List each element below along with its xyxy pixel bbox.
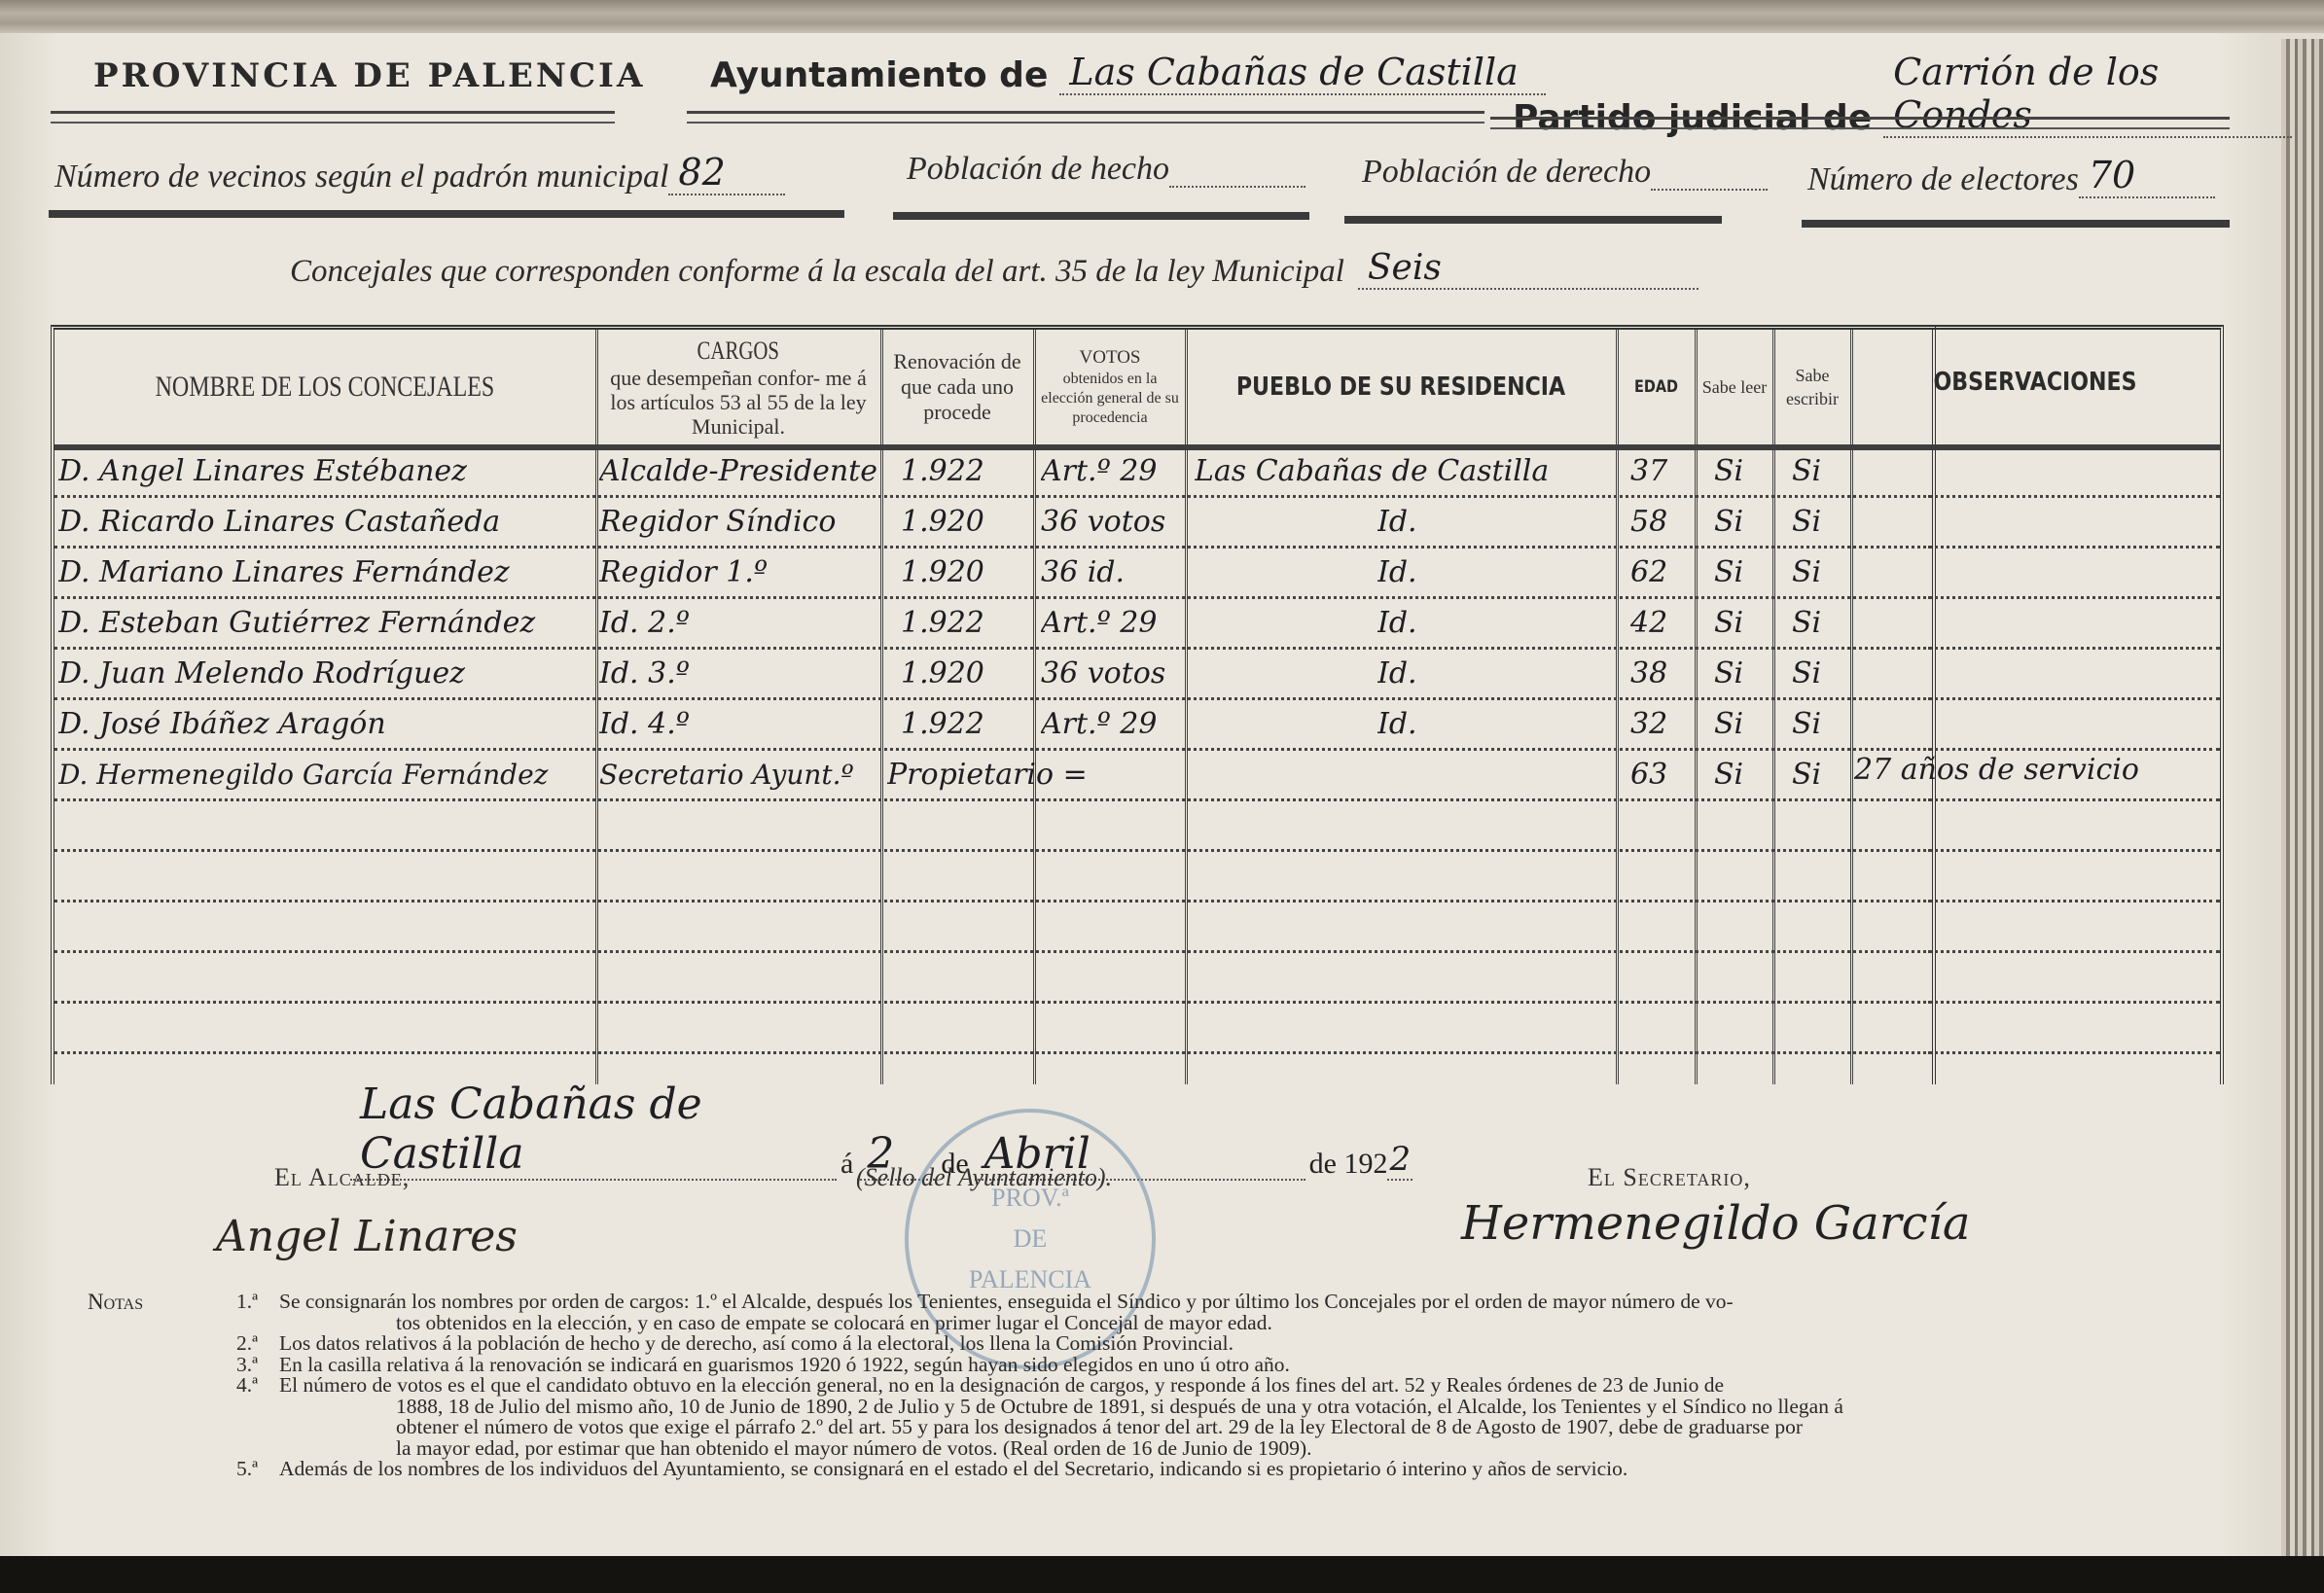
poblacion-derecho-field: Población de derecho	[1362, 154, 1768, 191]
cell-edad: 37	[1630, 446, 1693, 497]
note-text: El número de votos es el que el candidat…	[279, 1375, 2228, 1397]
header-cargos-title: CARGOS	[697, 336, 779, 366]
cell-renovacion: 1.922	[901, 699, 1031, 750]
note-text: Se consignarán los nombres por orden de …	[279, 1292, 2228, 1313]
poblacion-hecho-value	[1169, 186, 1305, 188]
note-number: 4.ª	[204, 1375, 279, 1397]
row-line	[1928, 546, 2220, 549]
secretario-signature: Hermenegildo García	[1461, 1196, 1971, 1251]
row-line	[54, 950, 1932, 953]
cell-leer: Si	[1714, 649, 1769, 699]
cell-pueblo: Id.	[1377, 699, 1611, 750]
header-escribir: Sabe escribir	[1775, 330, 1849, 444]
cell-edad: 42	[1630, 598, 1693, 649]
note-item: 3.ª En la casilla relativa á la renovaci…	[88, 1355, 2228, 1376]
cell-observaciones: 27 años de servicio	[1854, 745, 2214, 796]
cell-leer: Si	[1714, 750, 1769, 800]
row-line	[1928, 1001, 2220, 1004]
cell-observaciones	[1864, 598, 1928, 649]
row-line	[54, 1051, 1932, 1054]
cell-observaciones	[1864, 446, 1928, 497]
note-text: Además de los nombres de los individuos …	[279, 1459, 2228, 1480]
header-pueblo: PUEBLO DE SU RESIDENCIA	[1189, 330, 1613, 444]
cell-nombre: D. Hermenegildo García Fernández	[58, 750, 593, 800]
book-top-edge	[0, 0, 2324, 33]
cell-leer: Si	[1714, 497, 1769, 548]
cell-observaciones	[1864, 649, 1928, 699]
province-title: PROVINCIA DE PALENCIA	[93, 56, 645, 95]
note-text: Los datos relativos á la población de he…	[279, 1333, 2228, 1355]
cell-nombre: D. Esteban Gutiérrez Fernández	[58, 598, 593, 649]
cell-escribir: Si	[1792, 649, 1846, 699]
header-nombre-label: NOMBRE DE LOS CONCEJALES	[156, 371, 495, 404]
header-pueblo-label: PUEBLO DE SU RESIDENCIA	[1236, 372, 1565, 402]
cell-votos: Art.º 29	[1041, 446, 1183, 497]
observaciones-column	[1928, 325, 2224, 1084]
year-suffix: 2	[1387, 1140, 1412, 1181]
row-line	[1928, 495, 2220, 498]
row-line	[1928, 647, 2220, 650]
field-underline	[49, 210, 844, 218]
concejales-table: NOMBRE DE LOS CONCEJALES CARGOS que dese…	[51, 325, 1936, 1084]
poblacion-derecho-label: Población de derecho	[1362, 154, 1651, 191]
cell-votos: Art.º 29	[1041, 598, 1183, 649]
note-text: En la casilla relativa á la renovación s…	[279, 1355, 2228, 1376]
row-line	[1928, 1051, 2220, 1054]
cell-observaciones	[1864, 497, 1928, 548]
note-item: 4.ª El número de votos es el que el cand…	[88, 1375, 2228, 1397]
cell-escribir: Si	[1792, 598, 1846, 649]
note-item: 2.ª Los datos relativos á la población d…	[88, 1333, 2228, 1355]
cell-leer: Si	[1714, 598, 1769, 649]
field-underline	[1344, 216, 1722, 224]
cell-votos: Art.º 29	[1041, 699, 1183, 750]
cell-nombre: D. Juan Melendo Rodríguez	[58, 649, 593, 699]
cell-observaciones	[1864, 699, 1928, 750]
cell-cargo: Id. 2.º	[599, 598, 877, 649]
field-underline	[893, 212, 1309, 220]
cell-edad: 32	[1630, 699, 1693, 750]
row-line	[1928, 798, 2220, 801]
note-text: la mayor edad, por estimar que han obten…	[88, 1438, 2228, 1460]
note-item: Notas 1.ª Se consignarán los nombres por…	[88, 1292, 2228, 1313]
cell-nombre: D. José Ibáñez Aragón	[58, 699, 593, 750]
note-item: 5.ª Además de los nombres de los individ…	[88, 1459, 2228, 1480]
cell-pueblo: Id.	[1377, 548, 1611, 598]
concejales-value: Seis	[1358, 248, 1698, 290]
cell-nombre: D. Angel Linares Estébanez	[58, 446, 593, 497]
cell-cargo: Alcalde-Presidente	[599, 446, 877, 497]
electores-value: 70	[2079, 154, 2215, 198]
date-a-label: á	[840, 1148, 853, 1181]
cell-renovacion: Propietario =	[887, 750, 1179, 800]
cell-pueblo: Id.	[1377, 649, 1611, 699]
province-label: PROVINCIA DE PALENCIA	[93, 56, 645, 95]
note-text: 1888, 18 de Julio del mismo año, 10 de J…	[88, 1397, 2228, 1418]
row-line	[1928, 900, 2220, 903]
notes-section: Notas 1.ª Se consignarán los nombres por…	[88, 1292, 2228, 1480]
header-votos: VOTOS obtenidos en la elección general d…	[1037, 330, 1183, 444]
alcalde-block: El Alcalde, Angel Linares	[274, 1163, 518, 1261]
concejales-field: Concejales que corresponden conforme á l…	[290, 248, 1698, 290]
book-page-edges	[2281, 39, 2324, 1556]
note-number: 5.ª	[204, 1459, 279, 1480]
cell-edad: 38	[1630, 649, 1693, 699]
cell-escribir: Si	[1792, 699, 1846, 750]
header-renovacion-label: Renovación de que cada uno procede	[883, 349, 1031, 425]
cell-cargo: Regidor 1.º	[599, 548, 877, 598]
cell-cargo: Id. 3.º	[599, 649, 877, 699]
cell-escribir: Si	[1792, 497, 1846, 548]
row-line	[1928, 950, 2220, 953]
header-escribir-label: Sabe escribir	[1775, 364, 1849, 410]
book-bottom-shadow	[0, 1556, 2324, 1593]
header-renovacion: Renovación de que cada uno procede	[883, 330, 1031, 444]
secretario-block: El Secretario, Hermenegildo García	[1588, 1163, 1971, 1251]
cell-edad: 58	[1630, 497, 1693, 548]
cell-leer: Si	[1714, 699, 1769, 750]
cell-escribir: Si	[1792, 750, 1846, 800]
header-votos-title: VOTOS	[1080, 346, 1141, 370]
header-edad: EDAD	[1619, 330, 1693, 444]
notes-label: Notas	[88, 1292, 204, 1313]
ayuntamiento-label: Ayuntamiento de	[710, 55, 1048, 95]
cell-nombre: D. Ricardo Linares Castañeda	[58, 497, 593, 548]
header-leer-label: Sabe leer	[1702, 375, 1767, 399]
cell-votos: 36 id.	[1041, 548, 1183, 598]
ayuntamiento-value: Las Cabañas de Castilla	[1059, 51, 1546, 95]
vecinos-field: Número de vecinos según el padrón munici…	[54, 151, 785, 195]
cell-renovacion: 1.920	[901, 497, 1031, 548]
cell-cargo: Secretario Ayunt.º	[599, 750, 877, 800]
note-text: obtener el número de votos que exige el …	[88, 1417, 2228, 1438]
cell-escribir: Si	[1792, 446, 1846, 497]
note-number: 2.ª	[204, 1333, 279, 1355]
ayuntamiento-field: Ayuntamiento de Las Cabañas de Castilla	[710, 51, 1546, 95]
header-leer: Sabe leer	[1698, 330, 1771, 444]
row-line	[54, 900, 1932, 903]
cell-observaciones	[1864, 548, 1928, 598]
alcalde-signature: Angel Linares	[216, 1212, 518, 1261]
cell-votos: 36 votos	[1041, 649, 1183, 699]
vecinos-label: Número de vecinos según el padrón munici…	[54, 159, 668, 195]
cell-edad: 63	[1630, 750, 1693, 800]
header-divider	[51, 111, 615, 124]
row-line	[54, 849, 1932, 852]
row-line	[1928, 697, 2220, 700]
secretario-label: El Secretario,	[1588, 1163, 1971, 1192]
header-nombre: NOMBRE DE LOS CONCEJALES	[54, 330, 595, 444]
stamp-line: DE	[1014, 1224, 1048, 1254]
cell-escribir: Si	[1792, 548, 1846, 598]
cell-renovacion: 1.920	[901, 649, 1031, 699]
cell-renovacion: 1.920	[901, 548, 1031, 598]
cell-cargo: Id. 4.º	[599, 699, 877, 750]
cell-renovacion: 1.922	[901, 446, 1031, 497]
cell-pueblo: Id.	[1377, 497, 1611, 548]
field-underline	[1802, 220, 2230, 228]
cell-renovacion: 1.922	[901, 598, 1031, 649]
poblacion-hecho-label: Población de hecho	[907, 151, 1169, 188]
cell-leer: Si	[1714, 548, 1769, 598]
row-line	[1928, 596, 2220, 599]
cell-edad: 62	[1630, 548, 1693, 598]
poblacion-derecho-value	[1651, 189, 1768, 191]
row-line	[1928, 849, 2220, 852]
cell-pueblo: Id.	[1377, 598, 1611, 649]
concejales-label: Concejales que corresponden conforme á l…	[290, 254, 1344, 290]
cell-pueblo: Las Cabañas de Castilla	[1195, 446, 1613, 497]
cell-votos: 36 votos	[1041, 497, 1183, 548]
header-divider	[687, 111, 1484, 124]
header-votos-sub: obtenidos en la elección general de su p…	[1037, 370, 1183, 428]
document-page: PROVINCIA DE PALENCIA Ayuntamiento de La…	[0, 0, 2324, 1556]
year-label: de 192	[1309, 1148, 1388, 1181]
header-cargos-sub: que desempeñan confor- me á los artículo…	[599, 366, 877, 439]
row-line	[54, 1001, 1932, 1004]
poblacion-hecho-field: Población de hecho	[907, 151, 1305, 188]
electores-label: Número de electores	[1807, 161, 2079, 198]
stamp-line: PROV.ª	[991, 1184, 1069, 1213]
header-cargos: CARGOS que desempeñan confor- me á los a…	[599, 330, 877, 444]
cell-cargo: Regidor Síndico	[599, 497, 877, 548]
electores-field: Número de electores 70	[1807, 154, 2215, 198]
note-number: 3.ª	[204, 1355, 279, 1376]
vecinos-value: 82	[668, 151, 785, 195]
header-divider	[1490, 117, 2230, 129]
alcalde-label: El Alcalde,	[274, 1163, 518, 1192]
note-text: tos obtenidos en la elección, y en caso …	[88, 1313, 2228, 1334]
cell-leer: Si	[1714, 446, 1769, 497]
header-divider	[1928, 444, 2220, 450]
cell-nombre: D. Mariano Linares Fernández	[58, 548, 593, 598]
note-number: 1.ª	[204, 1292, 279, 1313]
header-edad-label: EDAD	[1633, 377, 1677, 397]
